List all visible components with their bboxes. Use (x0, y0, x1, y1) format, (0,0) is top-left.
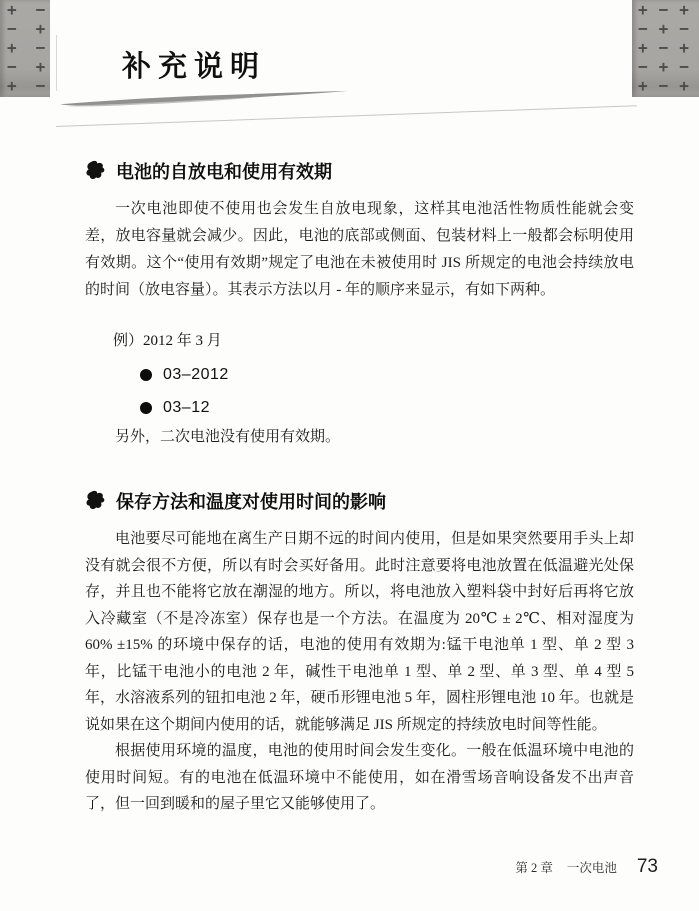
footer-page-number: 73 (637, 856, 658, 878)
body-paragraph: 根据使用环境的温度，电池的使用时间会发生变化。一般在低温环境中电池的使用时间短。… (85, 738, 634, 818)
list-item: 03–2012 (140, 362, 229, 388)
example-list: 03–2012 03–12 (113, 362, 229, 421)
battery-ink-icon (85, 160, 107, 182)
pattern-row: +− (0, 0, 50, 19)
section-1-heading: 电池的自放电和使用有效期 (85, 158, 634, 184)
bullet-icon (140, 402, 152, 414)
body-paragraph: 电池要尽可能地在离生产日期不远的时间内使用，但是如果突然要用手头上却没有就会很不… (85, 526, 634, 738)
battery-ink-icon (85, 490, 107, 512)
footer-section: 一次电池 (567, 858, 617, 876)
section-heading-text: 电池的自放电和使用有效期 (116, 158, 332, 184)
page-title: 补充说明 (122, 44, 266, 85)
brush-stroke-underline (57, 89, 351, 110)
page-edge-pattern-left: +− −+ +− −+ +− (0, 0, 50, 97)
body-paragraph: 一次电池即使不使用也会发生自放电现象，这样其电池活性物质性能就会变差，放电容量就… (85, 196, 634, 304)
sheet-bottom-edge-line (56, 105, 637, 127)
pattern-row: +−+ (632, 38, 699, 57)
page-edge-pattern-right: +−+ −+− +−+ −+− +−+ (632, 0, 699, 97)
pattern-row: −+ (0, 57, 50, 76)
example-note: 另外，二次电池没有使用有效期。 (85, 424, 634, 451)
pattern-row: +−+ (632, 76, 699, 95)
pattern-row: −+− (632, 19, 699, 38)
footer-meta: 第 2 章 一次电池 (515, 858, 617, 876)
bullet-icon (140, 369, 152, 381)
section-heading-text: 保存方法和温度对使用时间的影响 (116, 488, 386, 514)
scanned-book-page: +− −+ +− −+ +− +−+ −+− +−+ −+− +−+ 补充说明 (0, 0, 699, 911)
pattern-row: +− (0, 38, 50, 57)
section-2-heading: 保存方法和温度对使用时间的影响 (85, 488, 634, 514)
sheet-left-edge-line (56, 35, 57, 91)
page-footer: 第 2 章 一次电池 73 (515, 856, 658, 878)
pattern-row: +− (0, 76, 50, 95)
footer-chapter: 第 2 章 (515, 858, 553, 876)
brush-stroke (57, 89, 351, 110)
pattern-row: −+− (632, 57, 699, 76)
example-block: 例）2012 年 3 月 03–2012 03–12 (113, 328, 229, 421)
section-2-body: 电池要尽可能地在离生产日期不远的时间内使用，但是如果突然要用手头上却没有就会很不… (85, 526, 634, 818)
list-item: 03–12 (140, 395, 229, 421)
pattern-row: −+ (0, 19, 50, 38)
example-label: 例）2012 年 3 月 (113, 328, 229, 355)
example-value: 03–2012 (163, 366, 229, 384)
example-value: 03–12 (163, 399, 210, 417)
pattern-row: +−+ (632, 0, 699, 19)
